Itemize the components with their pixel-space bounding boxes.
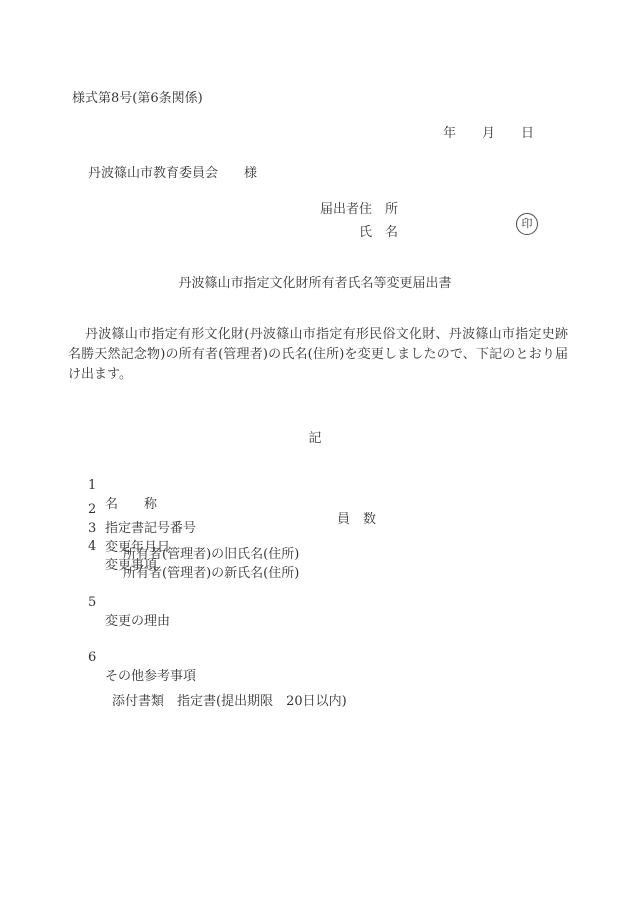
attachment-note: 添付書類 指定書(提出期限 20日以内) <box>112 690 347 709</box>
list-item-4-sub-old-name: 所有者(管理者)の旧氏名(住所) <box>123 543 299 562</box>
document-title: 丹波篠山市指定文化財所有者氏名等変更届出書 <box>0 272 630 291</box>
seal-mark-icon: 印 <box>516 213 538 235</box>
addressee: 丹波篠山市教育委員会 様 <box>88 162 257 181</box>
list-item-6: 6 その他参考事項 <box>0 635 630 651</box>
declarant-label: 届出者 <box>320 198 359 217</box>
list-item-3: 3 変更年月日 <box>0 506 630 522</box>
list-item-2: 2 指定書記号番号 <box>0 487 630 503</box>
date-line: 年 月 日 <box>443 122 534 141</box>
item-label: 変更の理由 <box>105 610 170 629</box>
item-number: 5 <box>88 595 96 610</box>
item-number: 6 <box>88 650 96 665</box>
body-paragraph: 丹波篠山市指定有形文化財(丹波篠山市指定有形民俗文化財、丹波篠山市指定史跡名勝天… <box>68 325 568 385</box>
item-number: 4 <box>88 539 96 554</box>
item-label: その他参考事項 <box>105 665 196 684</box>
list-item-4-sub-new-name: 所有者(管理者)の新氏名(住所) <box>123 562 299 581</box>
list-item-5: 5 変更の理由 <box>0 580 630 596</box>
declarant-address-label: 住 所 <box>359 198 398 217</box>
list-item-1: 1 名 称 員 数 <box>0 463 630 479</box>
declarant-name-label: 氏 名 <box>359 221 398 240</box>
form-number: 様式第8号(第6条関係) <box>72 87 203 106</box>
list-item-4: 4 変更事項 <box>0 524 630 540</box>
document-page: 様式第8号(第6条関係) 年 月 日 丹波篠山市教育委員会 様 届出者 住 所 … <box>0 0 630 915</box>
seal-character: 印 <box>522 217 533 230</box>
record-heading: 記 <box>0 427 630 446</box>
